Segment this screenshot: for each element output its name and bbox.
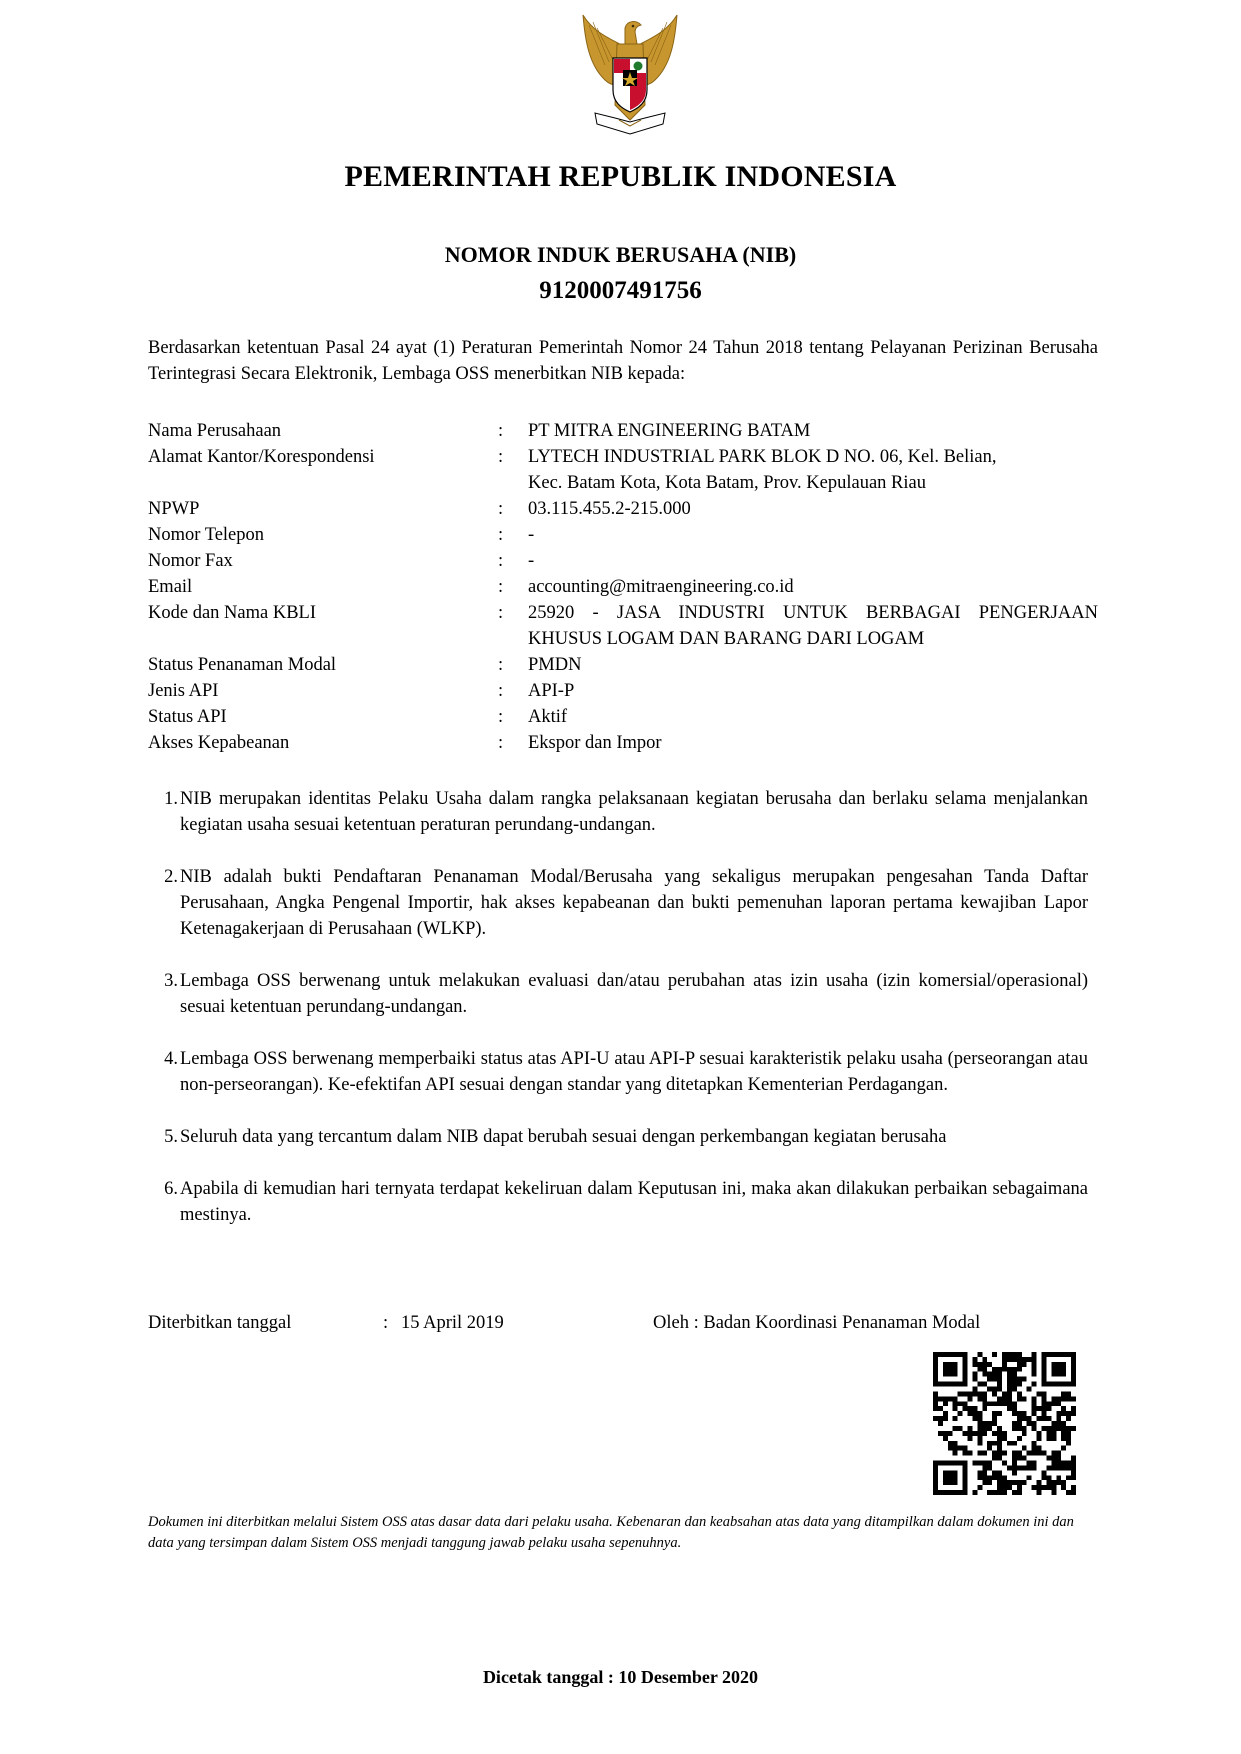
field-label: Email [148, 574, 498, 600]
field-colon: : [498, 678, 528, 704]
nib-number: 9120007491756 [0, 277, 1241, 305]
field-row-fax: Nomor Fax : - [148, 548, 1098, 574]
note-number: 4. [148, 1046, 180, 1098]
field-value: 03.115.455.2-215.000 [528, 496, 1098, 522]
field-value: API-P [528, 678, 1098, 704]
field-label: Alamat Kantor/Korespondensi [148, 444, 498, 496]
field-row-phone: Nomor Telepon : - [148, 522, 1098, 548]
field-value: PMDN [528, 652, 1098, 678]
note-item: 5. Seluruh data yang tercantum dalam NIB… [148, 1124, 1088, 1150]
company-details: Nama Perusahaan : PT MITRA ENGINEERING B… [148, 418, 1098, 756]
notes-list: 1. NIB merupakan identitas Pelaku Usaha … [148, 786, 1088, 1254]
field-row-kbli: Kode dan Nama KBLI : 25920 - JASA INDUST… [148, 600, 1098, 652]
note-number: 2. [148, 864, 180, 942]
note-text: Apabila di kemudian hari ternyata terdap… [180, 1176, 1088, 1228]
note-item: 3. Lembaga OSS berwenang untuk melakukan… [148, 968, 1088, 1020]
kbli-line-1: 25920 - JASA INDUSTRI UNTUK BERBAGAI PEN… [528, 600, 1098, 626]
field-colon: : [498, 600, 528, 652]
note-number: 6. [148, 1176, 180, 1228]
field-value: PT MITRA ENGINEERING BATAM [528, 418, 1098, 444]
field-colon: : [498, 418, 528, 444]
printed-date: Dicetak tanggal : 10 Desember 2020 [0, 1667, 1241, 1688]
document-subtitle: NOMOR INDUK BERUSAHA (NIB) [0, 242, 1241, 268]
note-item: 1. NIB merupakan identitas Pelaku Usaha … [148, 786, 1088, 838]
field-label: NPWP [148, 496, 498, 522]
field-colon: : [498, 574, 528, 600]
field-label: Nama Perusahaan [148, 418, 498, 444]
note-text: Lembaga OSS berwenang untuk melakukan ev… [180, 968, 1088, 1020]
address-line-1: LYTECH INDUSTRIAL PARK BLOK D NO. 06, Ke… [528, 447, 997, 467]
issued-label: Diterbitkan tanggal [148, 1313, 291, 1334]
field-row-company-name: Nama Perusahaan : PT MITRA ENGINEERING B… [148, 418, 1098, 444]
kbli-line-2: KHUSUS LOGAM DAN BARANG DARI LOGAM [528, 629, 924, 649]
field-colon: : [498, 444, 528, 496]
field-row-npwp: NPWP : 03.115.455.2-215.000 [148, 496, 1098, 522]
field-label: Nomor Fax [148, 548, 498, 574]
field-label: Jenis API [148, 678, 498, 704]
field-row-customs-access: Akses Kepabeanan : Ekspor dan Impor [148, 730, 1098, 756]
field-label: Status API [148, 704, 498, 730]
note-number: 5. [148, 1124, 180, 1150]
field-colon: : [498, 730, 528, 756]
note-text: NIB adalah bukti Pendaftaran Penanaman M… [180, 864, 1088, 942]
note-item: 4. Lembaga OSS berwenang memperbaiki sta… [148, 1046, 1088, 1098]
field-value: - [528, 522, 1098, 548]
issued-date: 15 April 2019 [401, 1313, 504, 1334]
field-colon: : [498, 522, 528, 548]
disclaimer: Dokumen ini diterbitkan melalui Sistem O… [148, 1512, 1098, 1554]
field-row-address: Alamat Kantor/Korespondensi : LYTECH IND… [148, 444, 1098, 496]
field-value: 25920 - JASA INDUSTRI UNTUK BERBAGAI PEN… [528, 600, 1098, 652]
field-value: - [528, 548, 1098, 574]
note-text: Lembaga OSS berwenang memperbaiki status… [180, 1046, 1088, 1098]
field-colon: : [498, 704, 528, 730]
field-row-investment-status: Status Penanaman Modal : PMDN [148, 652, 1098, 678]
intro-paragraph: Berdasarkan ketentuan Pasal 24 ayat (1) … [148, 335, 1098, 387]
field-label: Nomor Telepon [148, 522, 498, 548]
field-value: Ekspor dan Impor [528, 730, 1098, 756]
note-text: Seluruh data yang tercantum dalam NIB da… [180, 1124, 1088, 1150]
field-value: Aktif [528, 704, 1098, 730]
field-colon: : [498, 548, 528, 574]
field-label: Status Penanaman Modal [148, 652, 498, 678]
note-number: 1. [148, 786, 180, 838]
note-item: 2. NIB adalah bukti Pendaftaran Penanama… [148, 864, 1088, 942]
field-colon: : [498, 496, 528, 522]
field-label: Kode dan Nama KBLI [148, 600, 498, 652]
field-colon: : [498, 652, 528, 678]
field-row-email: Email : accounting@mitraengineering.co.i… [148, 574, 1098, 600]
issued-colon: : [383, 1313, 388, 1334]
garuda-emblem-icon [575, 10, 685, 145]
page-title: PEMERINTAH REPUBLIK INDONESIA [0, 160, 1241, 194]
field-label: Akses Kepabeanan [148, 730, 498, 756]
field-row-api-status: Status API : Aktif [148, 704, 1098, 730]
qr-code-icon [933, 1352, 1076, 1495]
issuing-authority: Oleh : Badan Koordinasi Penanaman Modal [653, 1313, 980, 1334]
note-number: 3. [148, 968, 180, 1020]
note-text: NIB merupakan identitas Pelaku Usaha dal… [180, 786, 1088, 838]
field-value: LYTECH INDUSTRIAL PARK BLOK D NO. 06, Ke… [528, 444, 1098, 496]
field-value: accounting@mitraengineering.co.id [528, 574, 1098, 600]
note-item: 6. Apabila di kemudian hari ternyata ter… [148, 1176, 1088, 1228]
field-row-api-type: Jenis API : API-P [148, 678, 1098, 704]
address-line-2: Kec. Batam Kota, Kota Batam, Prov. Kepul… [528, 473, 926, 493]
